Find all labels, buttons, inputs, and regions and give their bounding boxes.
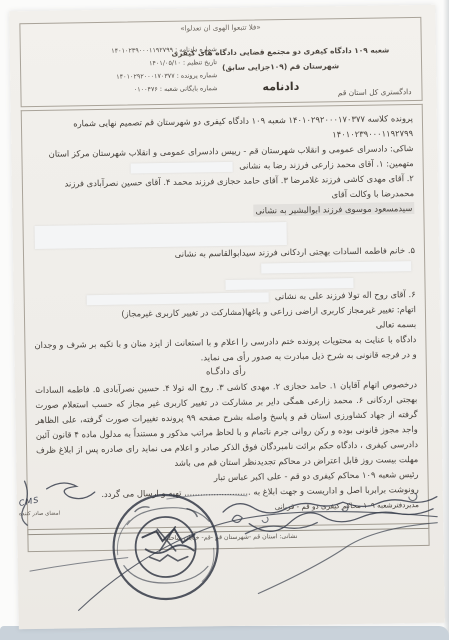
- defendant-1-text: متهمین: ۱. آقای محمد زارعی فرزند رضا به …: [239, 158, 414, 171]
- verdict-paragraph: درخصوص اتهام آقایان ۱. حامد حجازی ۲. مهد…: [35, 377, 418, 473]
- meta-value: ۱۴۰۱۰۲۳۹۰۰۰۱۱۹۲۷۹۹: [111, 46, 173, 55]
- judiciary-org-name: دادگستری کل استان قم: [338, 87, 412, 97]
- meta-value: ۱۴۰۱۰۲۹۲۰۰۰۱۷۰۳۷۷: [116, 72, 174, 81]
- defendant-6-text: ۶. آقای روح اله تولا فرزند علی به نشانی: [275, 289, 416, 301]
- issuer-signature-label: امضای صادر کننده: [19, 511, 60, 518]
- redacted-address-block: [261, 261, 411, 273]
- court-address: نشانی: استان قم -شهرستان قم -قم- خیابان …: [159, 533, 297, 542]
- header-box: «فلا تتبعوا الهوی ان تعدلوا» شماره دادنا…: [19, 17, 422, 107]
- defendant-5-text: ۵. خانم فاطمه السادات بهجتی اردکانی فرزن…: [175, 245, 415, 259]
- redacted-address-block: [86, 292, 268, 305]
- quran-verse: «فلا تتبعوا الهوی ان تعدلوا»: [20, 21, 420, 35]
- scanned-court-document: «فلا تتبعوا الهوی ان تعدلوا» شماره دادنا…: [9, 5, 445, 630]
- defendant-5-line: ۵. خانم فاطمه السادات بهجتی اردکانی فرزن…: [33, 243, 415, 279]
- footer-address-strip: نشانی: استان قم -شهرستان قم -قم- خیابان …: [27, 523, 429, 552]
- redacted-address-block: [130, 161, 232, 173]
- body-box: پرونده کلاسه ۱۴۰۱۰۲۹۲۰۰۰۱۷۰۳۷۷ شعبه ۱۰۹ …: [21, 104, 430, 535]
- preamble-paragraph: دادگاه با عنایت به محتویات پرونده ختم دا…: [34, 332, 416, 368]
- photo-right-shadow: [443, 0, 449, 640]
- court-branch-title: شعبه ۱۰۹ دادگاه کیفری دو مجتمع قضایی داد…: [168, 42, 393, 76]
- meta-value: ۰۱۰۰۴۷۶: [134, 85, 158, 93]
- attorney-text: سیدمسعود موسوی فرزند ابوالبشیر به نشانی: [253, 202, 414, 217]
